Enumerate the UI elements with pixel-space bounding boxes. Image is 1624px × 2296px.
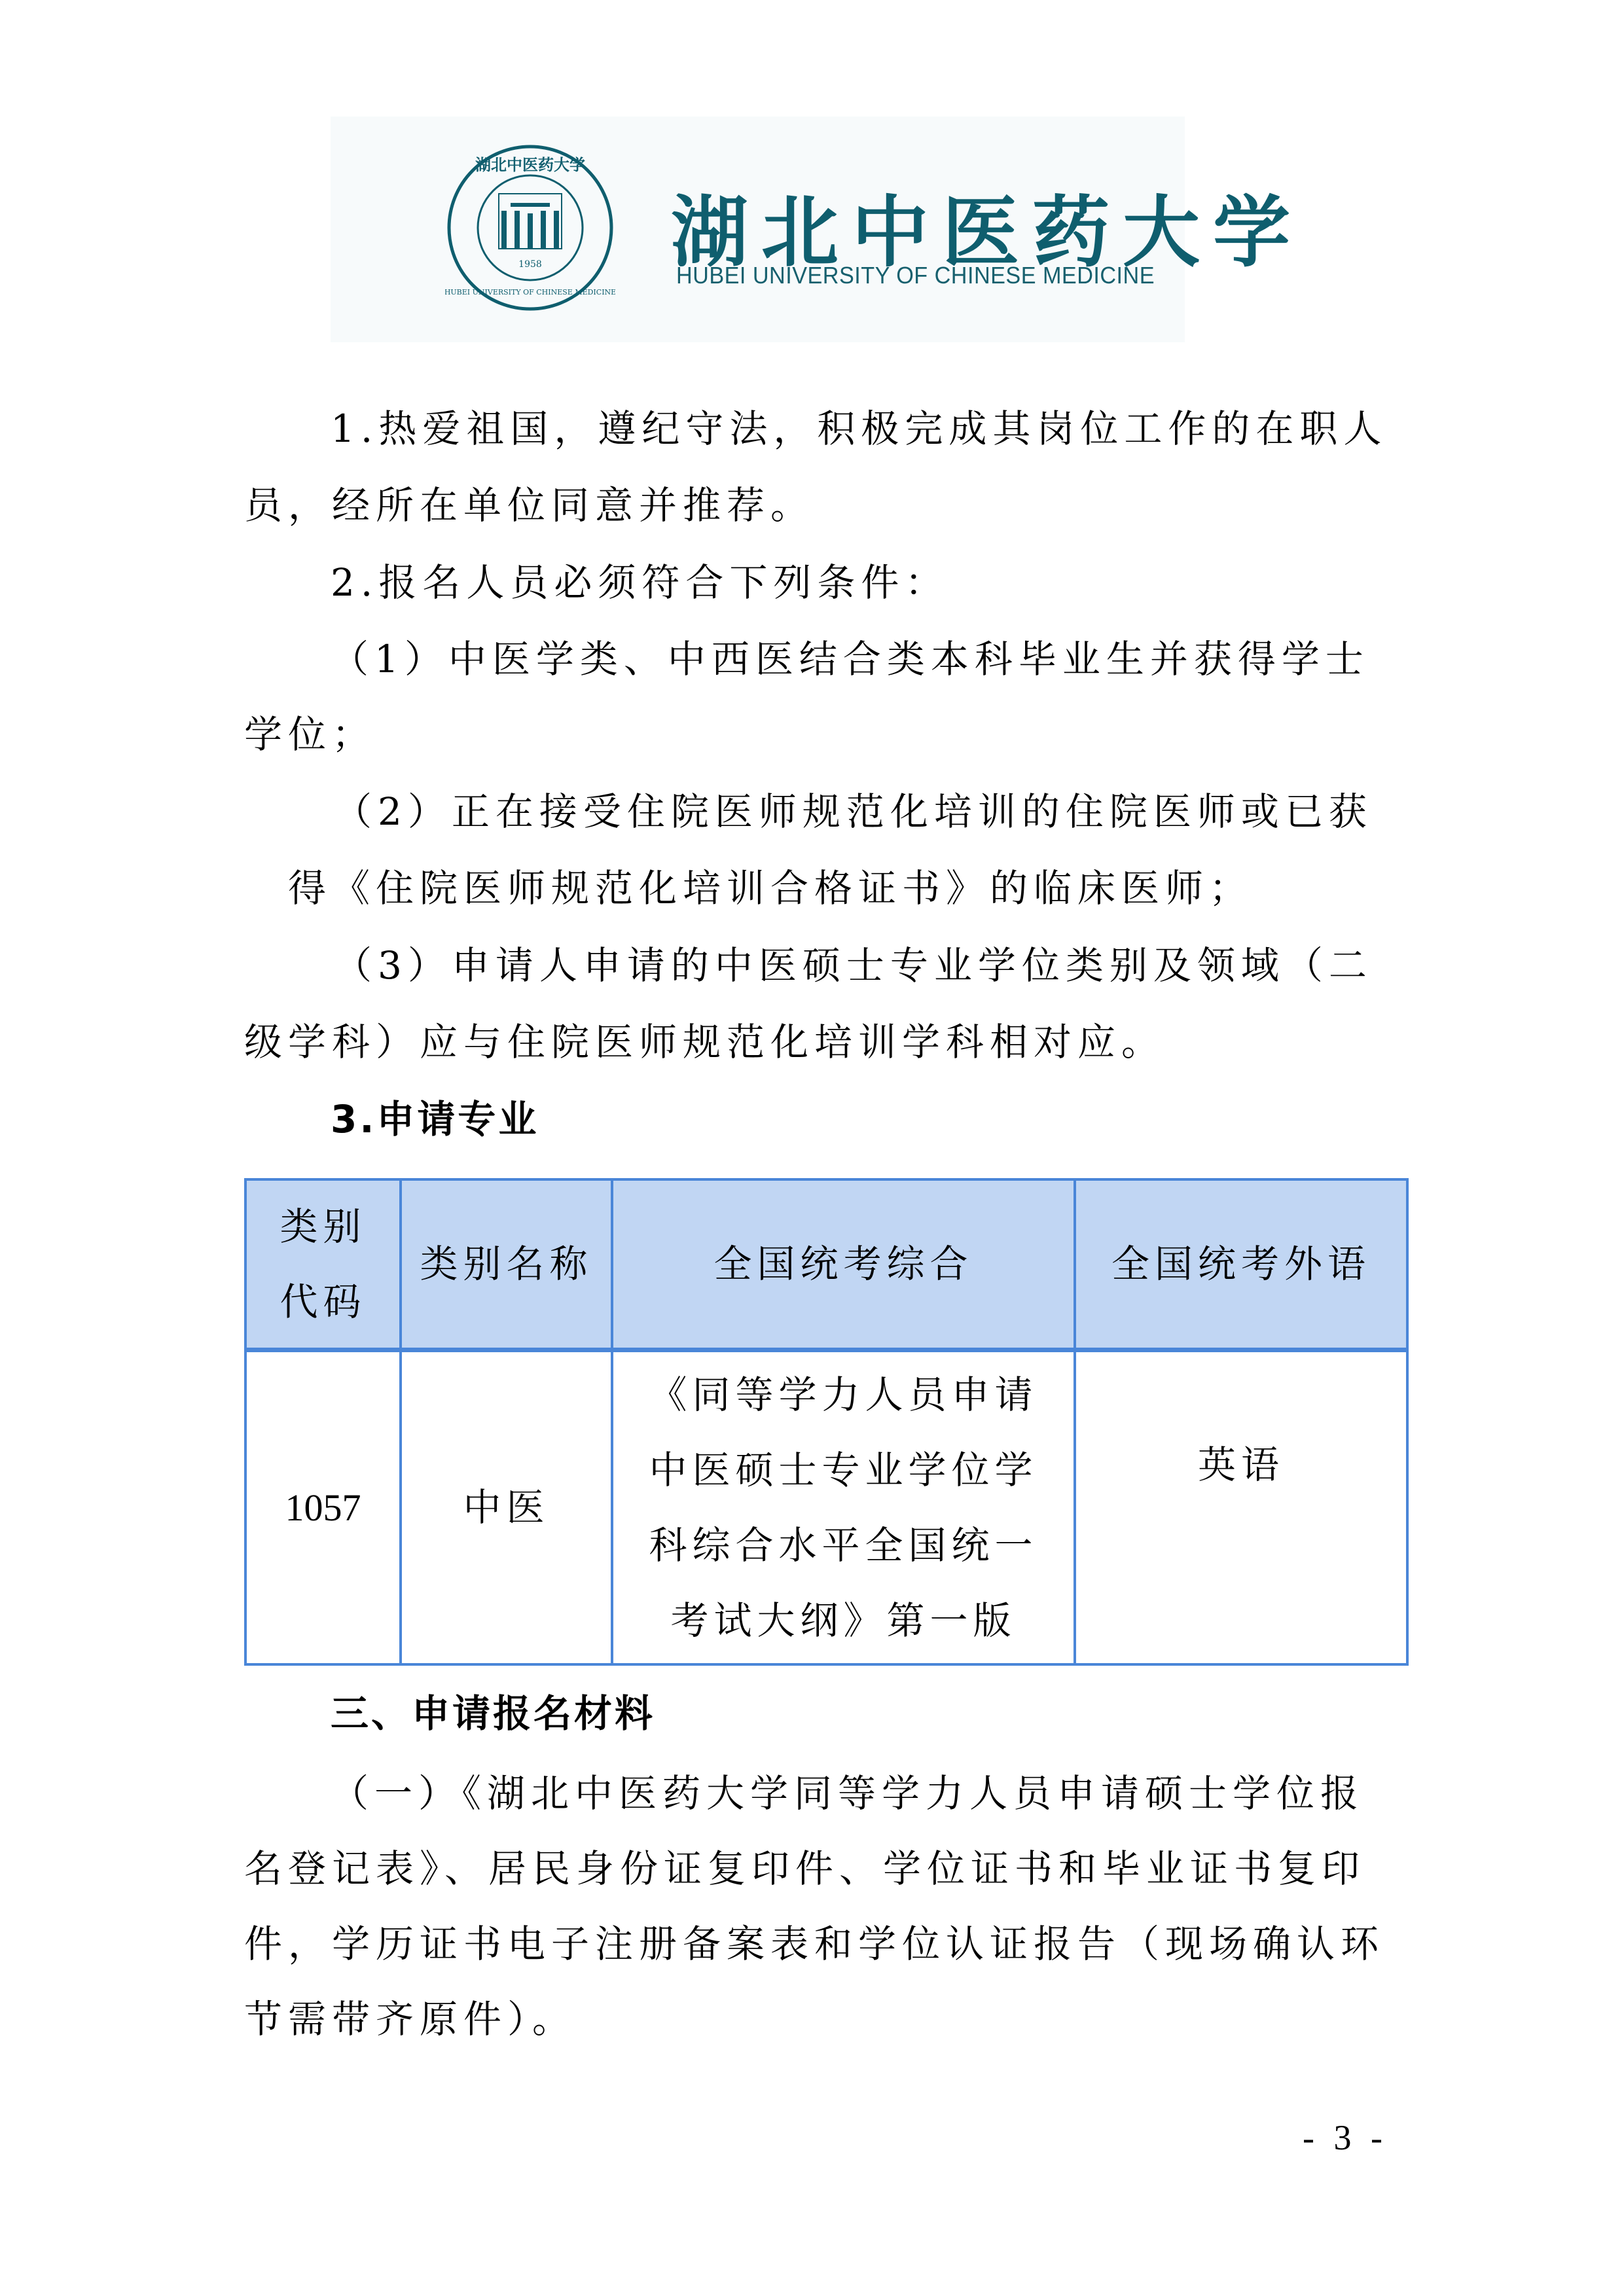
condition3-text: （3）申请人申请的中医硕士专业学位类别及领域（二 (334, 942, 1373, 988)
section3-heading: 三、申请报名材料 (331, 1691, 655, 1736)
svg-text:1958: 1958 (518, 259, 542, 270)
header-category-name: 类别名称 (401, 1179, 612, 1350)
condition1-text-cont: 学位； (244, 711, 376, 757)
table-header-row: 类别 代码 类别名称 全国统考综合 全国统考外语 (245, 1179, 1407, 1350)
condition2-text-cont: 得《住院医师规范化培训合格证书》的临床医师； (288, 865, 1253, 911)
header-national-comprehensive: 全国统考综合 (612, 1179, 1075, 1350)
cell-foreign-language: 英语 (1075, 1350, 1407, 1665)
materials-para-line3: 件，学历证书电子注册备案表和学位认证报告（现场确认环 (244, 1921, 1384, 1967)
materials-para-line2: 名登记表》、居民身份证复印件、学位证书和毕业证书复印 (244, 1846, 1365, 1892)
cell-comprehensive-exam: 《同等学力人员申请 中医硕士专业学位学 科综合水平全国统一 考试大纲》第一版 (612, 1350, 1075, 1665)
materials-para-line1: （一）《湖北中医药大学同等学力人员申请硕士学位报 (331, 1770, 1364, 1816)
page-number: - 3 - (1303, 2117, 1388, 2158)
table-row: 1057 中医 《同等学力人员申请 中医硕士专业学位学 科综合水平全国统一 考试… (245, 1350, 1407, 1665)
item3-heading: 3.申请专业 (331, 1096, 539, 1142)
header-national-foreign-language: 全国统考外语 (1075, 1179, 1407, 1350)
header-category-code: 类别 代码 (245, 1179, 401, 1350)
item2-text: 2.报名人员必须符合下列条件： (331, 560, 948, 605)
university-seal-icon: 1958 湖北中医药大学 HUBEI UNIVERSITY OF CHINESE… (445, 143, 615, 313)
specialty-table: 类别 代码 类别名称 全国统考综合 全国统考外语 1057 中医 《同等学力人员… (244, 1178, 1409, 1666)
item1-text-cont: 员，经所在单位同意并推荐。 (244, 482, 814, 528)
cell-category-code: 1057 (245, 1350, 401, 1665)
materials-para-line4: 节需带齐原件）。 (244, 1996, 576, 2042)
item1-text: 1.热爱祖国，遵纪守法，积极完成其岗位工作的在职人 (331, 406, 1387, 452)
condition2-text: （2）正在接受住院医师规范化培训的住院医师或已获 (334, 789, 1373, 834)
condition3-text-cont: 级学科）应与住院医师规范化培训学科相对应。 (244, 1019, 1165, 1065)
condition1-text: （1）中医学类、中西医结合类本科毕业生并获得学士 (331, 636, 1369, 682)
university-name-en: HUBEI UNIVERSITY OF CHINESE MEDICINE (676, 262, 1155, 289)
svg-text:HUBEI UNIVERSITY OF CHINESE ME: HUBEI UNIVERSITY OF CHINESE MEDICINE (445, 288, 615, 296)
university-logo-banner: 1958 湖北中医药大学 HUBEI UNIVERSITY OF CHINESE… (331, 117, 1185, 342)
svg-text:湖北中医药大学: 湖北中医药大学 (475, 155, 585, 174)
cell-category-name: 中医 (401, 1350, 612, 1665)
